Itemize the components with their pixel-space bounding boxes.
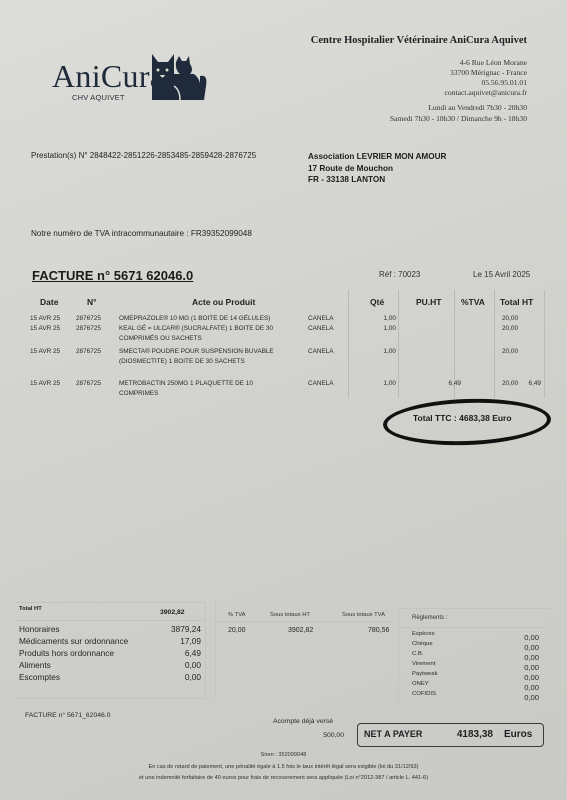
row-qty: 1,00 bbox=[351, 314, 396, 324]
row-number: 2876725 bbox=[76, 324, 101, 334]
payment-amount: 0,00 bbox=[479, 693, 539, 702]
row-number: 2876725 bbox=[76, 347, 101, 357]
prestations-numbers: Prestation(s) N° 2848422-2851226-2853485… bbox=[31, 151, 256, 160]
clinic-name: Centre Hospitalier Vétérinaire AniCura A… bbox=[311, 35, 527, 46]
logo-wordmark: AniCura bbox=[52, 58, 164, 95]
row-date: 15 AVR 25 bbox=[30, 379, 60, 389]
table-divider bbox=[398, 290, 399, 398]
vat-header-subtotal-ht: Sous totaux HT bbox=[270, 612, 310, 618]
tva-number: Notre numéro de TVA intracommunautaire :… bbox=[31, 229, 252, 238]
invoice-title: FACTURE n° 5671 62046.0 bbox=[32, 268, 193, 283]
row-unit-price: 6,49 bbox=[411, 379, 461, 389]
table-divider bbox=[544, 290, 545, 398]
client-street: 17 Route de Mouchon bbox=[308, 163, 446, 175]
clinic-address: 4-6 Rue Léon Morane 33700 Mérignac - Fra… bbox=[445, 58, 527, 98]
payment-amount: 0,00 bbox=[479, 663, 539, 672]
total-ht-label: Total HT bbox=[19, 606, 42, 612]
summary-item: Aliments 0,00 bbox=[19, 660, 201, 670]
payment-method: Espèces bbox=[412, 631, 435, 637]
summary-value: 6,49 bbox=[185, 648, 201, 658]
legal-notice-line2: et une indemnité forfaitaire de 40 euros… bbox=[0, 775, 567, 781]
payment-amount: 0,00 bbox=[479, 643, 539, 652]
payment-amount: 0,00 bbox=[479, 633, 539, 642]
net-to-pay-currency: Euros bbox=[504, 729, 532, 740]
payment-amount: 0,00 bbox=[479, 653, 539, 662]
vat-subtotal-ht: 3902,82 bbox=[288, 627, 313, 634]
client-address: Association LEVRIER MON AMOUR 17 Route d… bbox=[308, 151, 446, 186]
summary-label: Honoraires bbox=[19, 624, 60, 634]
deposit-label: Acompte déjà versé bbox=[273, 718, 333, 725]
summary-value: 3879,24 bbox=[171, 624, 201, 634]
summary-label: Escomptes bbox=[19, 672, 60, 682]
invoice-date: Le 15 Avril 2025 bbox=[473, 270, 530, 279]
payment-amount: 0,00 bbox=[479, 683, 539, 692]
summary-item: Médicaments sur ordonnance 17,09 bbox=[19, 636, 201, 646]
summary-label: Produits hors ordonnance bbox=[19, 648, 114, 658]
payment-method: Chèque bbox=[412, 641, 433, 647]
row-date: 15 AVR 25 bbox=[30, 324, 60, 334]
row-patient: CANELA bbox=[308, 324, 334, 334]
summary-value: 17,09 bbox=[180, 636, 201, 646]
row-product: OMEPRAZOLE® 10 MG (1 BOITE DE 14 GÉLULES… bbox=[119, 314, 309, 324]
net-to-pay-label: NET A PAYER bbox=[364, 729, 422, 739]
row-product: KEAL GÉ = ULCAR® (SUCRALFATE) 1 BOITE DE… bbox=[119, 324, 299, 343]
siren-number: Siren : 352099048 bbox=[0, 752, 567, 758]
payments-divider bbox=[398, 627, 548, 628]
summary-value: 0,00 bbox=[185, 672, 201, 682]
address-street: 4-6 Rue Léon Morane bbox=[445, 58, 527, 68]
row-number: 2876725 bbox=[76, 314, 101, 324]
row-tva: 20,00 bbox=[466, 347, 518, 357]
address-phone: 05.56.95.01.01 bbox=[445, 78, 527, 88]
row-qty: 1,00 bbox=[351, 324, 396, 334]
summary-label: Aliments bbox=[19, 660, 51, 670]
hours-weekday: Lundi au Vendredi 7h30 - 20h30 bbox=[390, 103, 527, 114]
row-total: 6,49 bbox=[496, 379, 541, 389]
clinic-hours: Lundi au Vendredi 7h30 - 20h30 Samedi 7h… bbox=[390, 103, 527, 124]
client-city: FR - 33138 LANTON bbox=[308, 174, 446, 186]
row-number: 2876725 bbox=[76, 379, 101, 389]
row-tva: 20,00 bbox=[466, 324, 518, 334]
summary-divider bbox=[15, 620, 205, 621]
invoice-page: AniCura CHV AQUIVET Centre Hospitalier V… bbox=[0, 0, 567, 800]
vat-header-subtotal-tva: Sous totaux TVA bbox=[342, 612, 385, 618]
invoice-ref: Réf : 70023 bbox=[379, 270, 420, 279]
payment-method: C.B. bbox=[412, 651, 423, 657]
logo-subtitle: CHV AQUIVET bbox=[72, 93, 125, 102]
summary-item: Produits hors ordonnance 6,49 bbox=[19, 648, 201, 658]
row-patient: CANELA bbox=[308, 314, 334, 324]
summary-value: 0,00 bbox=[185, 660, 201, 670]
table-divider bbox=[348, 290, 349, 398]
row-qty: 1,00 bbox=[351, 379, 396, 389]
footer-invoice-ref: FACTURE n° 5671_62046.0 bbox=[25, 712, 110, 719]
row-product: SMECTA® POUDRE POUR SUSPENSION BUVABLE (… bbox=[119, 347, 279, 366]
summary-item: Honoraires 3879,24 bbox=[19, 624, 201, 634]
total-ht-value: 3902,82 bbox=[160, 609, 185, 616]
col-header-qty: Qté bbox=[370, 297, 384, 307]
payment-method: COFIDIS bbox=[412, 691, 436, 697]
payments-title: Règlements : bbox=[412, 615, 447, 621]
row-date: 15 AVR 25 bbox=[30, 347, 60, 357]
client-name: Association LEVRIER MON AMOUR bbox=[308, 151, 446, 163]
row-product: METROBACTIN 250MG 1 PLAQUETTE DE 10 COMP… bbox=[119, 379, 289, 398]
row-patient: CANELA bbox=[308, 347, 334, 357]
total-ttc: Total TTC : 4683,38 Euro bbox=[413, 413, 512, 423]
address-city: 33700 Mérignac - France bbox=[445, 68, 527, 78]
payment-method: ONEY bbox=[412, 681, 429, 687]
payment-amount: 0,00 bbox=[479, 673, 539, 682]
vat-rate: 20,00 bbox=[228, 627, 246, 634]
net-to-pay-amount: 4183,38 bbox=[418, 729, 493, 740]
vat-header-rate: % TVA bbox=[228, 612, 246, 618]
summary-item: Escomptes 0,00 bbox=[19, 672, 201, 682]
row-tva: 20,00 bbox=[466, 314, 518, 324]
line-items-table: Date N° Acte ou Produit Qté PU.HT %TVA T… bbox=[26, 290, 546, 400]
row-patient: CANELA bbox=[308, 379, 334, 389]
cats-logo-icon bbox=[150, 52, 208, 102]
row-date: 15 AVR 25 bbox=[30, 314, 60, 324]
payment-method: Virement bbox=[412, 661, 435, 667]
payment-method: Paytweak bbox=[412, 671, 438, 677]
address-email: contact.aquivet@anicura.fr bbox=[445, 88, 527, 98]
col-header-no: N° bbox=[87, 297, 97, 307]
vat-divider bbox=[215, 621, 395, 622]
vat-subtotal-tva: 780,56 bbox=[368, 627, 389, 634]
col-header-tva: %TVA bbox=[461, 297, 485, 307]
col-header-product: Acte ou Produit bbox=[192, 297, 255, 307]
col-header-total: Total HT bbox=[500, 297, 533, 307]
legal-notice-line1: En cas de retard de paiement, une pénali… bbox=[0, 764, 567, 770]
col-header-date: Date bbox=[40, 297, 58, 307]
row-qty: 1,00 bbox=[351, 347, 396, 357]
col-header-pu: PU.HT bbox=[416, 297, 442, 307]
hours-weekend: Samedi 7h30 - 18h30 / Dimanche 9h - 18h3… bbox=[390, 114, 527, 125]
deposit-value: 500,00 bbox=[296, 732, 344, 739]
summary-label: Médicaments sur ordonnance bbox=[19, 636, 128, 646]
